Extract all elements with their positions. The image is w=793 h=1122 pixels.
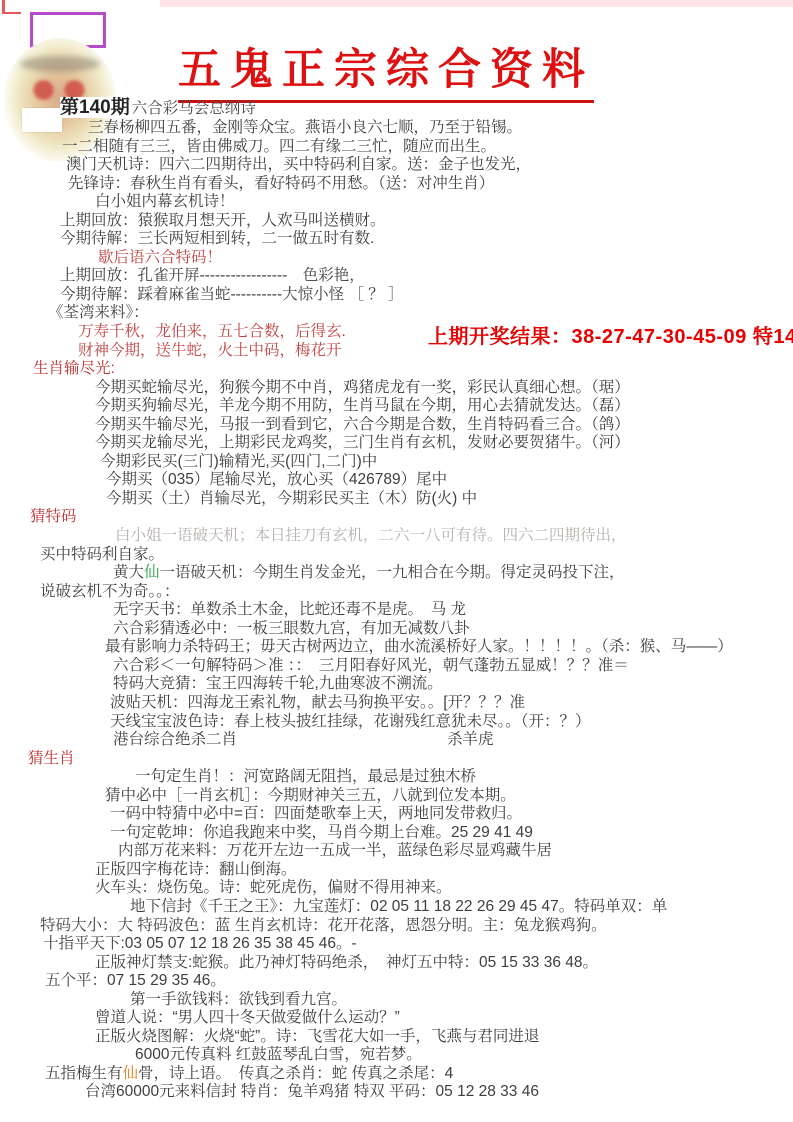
text-line: 十指平天下:03 05 07 12 18 26 35 38 45 46。-	[0, 935, 793, 954]
text-line: 港台综合绝杀二肖杀羊虎	[0, 731, 793, 750]
line-text: 曾道人说：“男人四十冬天做爱做什么运动？”	[95, 1009, 400, 1026]
line-text: 无字天书：单数杀土木金，比蛇还毒不是虎。 马 龙	[113, 601, 466, 618]
text-line: 波贴天机：四海龙王索礼物，献去马狗换平安。。[开？？？准	[0, 694, 793, 713]
text-line: 内部万花来料：万花开左边一五成一半，蓝绿色彩尽显鸡藏牛居	[0, 842, 793, 861]
text-line: 今期买（土）肖输尽光，今期彩民买主（木）防(火) 中	[0, 490, 793, 509]
text-line: 火车头：烧伤兔。诗：蛇死虎伤，偏财不得用神来。	[0, 879, 793, 898]
issue-number: 第140期	[60, 97, 132, 118]
text-line: 今期买龙输尽光，上期彩民龙鸡奖，三门生肖有玄机，发财必要贺猪牛。（河）	[0, 434, 793, 453]
text-line: 今期待解：三长两短相到转，二一做五时有数.	[0, 230, 793, 249]
text-line: 今期买狗输尽光，羊龙今期不用防，生肖马鼠在今期，用心去猜就发达。（磊）	[0, 397, 793, 416]
text-line: 地下信封《千王之王》：九宝莲灯：02 05 11 18 22 26 29 45 …	[0, 898, 793, 917]
line-text: 港台综合绝杀二肖	[113, 731, 237, 748]
line-text: 六合彩猜透必中：一板三眼数九宫，有加无减数八卦	[113, 620, 470, 637]
line-text: 猜生肖	[28, 750, 75, 767]
text-line: 正版火烧图解：火烧“蛇”。诗：飞雪花大如一手，飞燕与君同进退	[0, 1028, 793, 1047]
text-line: 猜特码	[0, 508, 793, 527]
line-text: 一句定乾坤：你追我跑来中奖，马肖今期上台难。25 29 41 49	[110, 824, 533, 841]
line-text: 今期买牛输尽光，马报一到看到它，六合今期是合数，生肖特码看三合。（鸽）	[95, 416, 630, 433]
text-line: 猜中必中［一肖玄机］：今期财神关三五，八就到位发本期。	[0, 787, 793, 806]
text-line: 一码中特猜中必中=百：四面楚歌奉上天，两地同发带救归。	[0, 805, 793, 824]
line-text: 今期待解：三长两短相到转，二一做五时有数.	[60, 230, 374, 247]
text-line: 上期回放：猿猴取月想天开，人欢马叫送横财。	[0, 212, 793, 231]
line-text: 特码大小：大 特码波色：蓝 生肖玄机诗：花开花落，恩怨分明。主：兔龙猴鸡狗。	[40, 917, 607, 934]
text-line: 曾道人说：“男人四十冬天做爱做什么运动？”	[0, 1009, 793, 1028]
text-line: 台湾60000元来料信封 特肖：兔羊鸡猪 特双 平码：05 12 28 33 4…	[0, 1083, 793, 1102]
line-text-rest: 骨，诗上语。 传真之杀肖：蛇 传真之杀尾：4	[138, 1065, 453, 1082]
last-draw-result: 上期开奖结果：38-27-47-30-45-09 特14	[428, 320, 793, 349]
line-text: 正版四字梅花诗：翻山倒海。	[95, 861, 297, 878]
text-line: 澳门天机诗：四六二四期待出，买中特码利自家。送：金子也发光，	[0, 156, 793, 175]
text-line: 六合彩猜透必中：一板三眼数九宫，有加无减数八卦	[0, 620, 793, 639]
line-text: 上期回放：猿猴取月想天开，人欢马叫送横财。	[60, 212, 386, 229]
line-text: 第一手欲钱料：欲钱到看九宫。	[130, 991, 347, 1008]
text-line: 正版四字梅花诗：翻山倒海。	[0, 861, 793, 880]
text-line: 今期彩民买(三门)输精光,买(四门,二门)中	[0, 453, 793, 472]
line-text: 地下信封《千王之王》：九宝莲灯：02 05 11 18 22 26 29 45 …	[130, 898, 667, 915]
text-line: 特码大竞猜：宝王四海转千轮,九曲寒波不溯流。	[0, 675, 793, 694]
line-text: 上期回放：孔雀开屏----------------- 色彩艳，	[60, 267, 365, 284]
line-text: 生肖输尽光:	[33, 360, 115, 377]
line-text: 一二相随有三三，皆由佛威刀。四二有缘二三忙，随应而出生。	[62, 138, 496, 155]
text-line: 正版神灯禁支:蛇猴。此乃神灯特码绝杀， 神灯五中特：05 15 33 36 48…	[0, 954, 793, 973]
text-line: 六合彩＜一句解特码＞准 ：： 三月阳春好风光，朝气蓬勃五显威！？？准＝	[0, 657, 793, 676]
line-text: 6000元传真料 红鼓蓝琴乱白雪，宛若梦。	[135, 1046, 422, 1063]
text-line: 买中特码利自家。	[0, 546, 793, 565]
text-line: 上期回放：孔雀开屏----------------- 色彩艳，	[0, 267, 793, 286]
text-line: 歇后语六合特码！	[0, 249, 793, 268]
text-line: 白小姐一语破天机；本日挂刀有玄机，二六一八可有待。四六二四期待出，	[0, 527, 793, 546]
line-text: 波贴天机：四海龙王索礼物，献去马狗换平安。。[开？？？准	[110, 694, 525, 711]
text-line: 今期买牛输尽光，马报一到看到它，六合今期是合数，生肖特码看三合。（鸽）	[0, 416, 793, 435]
line-text: 正版神灯禁支:蛇猴。此乃神灯特码绝杀， 神灯五中特：05 15 33 36 48…	[95, 954, 598, 971]
line-text: 澳门天机诗：四六二四期待出，买中特码利自家。送：金子也发光，	[66, 156, 531, 173]
text-line: 白小姐内幕玄机诗！	[0, 193, 793, 212]
line-text: 正版火烧图解：火烧“蛇”。诗：飞雪花大如一手，飞燕与君同进退	[95, 1028, 539, 1045]
line-text-rest: 杀羊虎	[447, 731, 494, 748]
line-text: 《荃湾来料》：	[48, 304, 149, 321]
line-text: 今期待解：踩着麻雀当蛇----------大惊小怪 ［ ？ ］	[60, 286, 404, 303]
text-line: 先锋诗：春秋生肖有看头，看好特码不用愁。（送：对冲生肖）	[0, 175, 793, 194]
text-line: 五个平：07 15 29 35 46。	[0, 972, 793, 991]
line-text: 一码中特猜中必中=百：四面楚歌奉上天，两地同发带救归。	[110, 805, 522, 822]
line-text: 今期买狗输尽光，羊龙今期不用防，生肖马鼠在今期，用心去猜就发达。（磊）	[95, 397, 630, 414]
line-text: 白小姐一语破天机；本日挂刀有玄机，二六一八可有待。四六二四期待出，	[115, 527, 627, 544]
line-highlight-char: 仙	[144, 564, 160, 581]
text-line: 说破玄机不为奇。。：	[0, 583, 793, 602]
text-line: 天线宝宝波色诗：春上枝头披红挂绿，花谢残红意犹未尽。。（开：？）	[0, 713, 793, 732]
text-line: 三春杨柳四五番，金刚等众宝。燕语小良六七顺，乃至于铅锡。	[0, 119, 793, 138]
text-line: 今期待解：踩着麻雀当蛇----------大惊小怪 ［ ？ ］	[0, 286, 793, 305]
line-text: 今期买（土）肖输尽光，今期彩民买主（木）防(火) 中	[106, 490, 477, 507]
line-text: 买中特码利自家。	[40, 546, 164, 563]
text-line: 一句定生肖！：河宽路阔无阻挡，最忌是过独木桥	[0, 768, 793, 787]
text-line: 五指梅生有仙骨，诗上语。 传真之杀肖：蛇 传真之杀尾：4	[0, 1065, 793, 1084]
text-lines: 三春杨柳四五番，金刚等众宝。燕语小良六七顺，乃至于铅锡。 一二相随有三三，皆由佛…	[0, 119, 793, 1102]
text-line: 黄大仙一语破天机：今期生肖发金光，一九相合在今期。得定灵码投下注，	[0, 564, 793, 583]
line-text: 今期彩民买(三门)输精光,买(四门,二门)中	[100, 453, 377, 470]
line-text: 天线宝宝波色诗：春上枝头披红挂绿，花谢残红意犹未尽。。（开：？）	[110, 713, 591, 730]
text-line: 生肖输尽光:	[0, 360, 793, 379]
line-text: 歇后语六合特码！	[98, 249, 222, 266]
line-text: 今期买龙输尽光，上期彩民龙鸡奖，三门生肖有玄机，发财必要贺猪牛。（河）	[95, 434, 630, 451]
text-line: 今期买蛇输尽光，狗猴今期不中肖，鸡猪虎龙有一奖，彩民认真细心想。（琚）	[0, 379, 793, 398]
text-line: 无字天书：单数杀土木金，比蛇还毒不是虎。 马 龙	[0, 601, 793, 620]
line-text: 一句定生肖！：河宽路阔无阻挡，最忌是过独木桥	[135, 768, 476, 785]
line-text: 今期买蛇输尽光，狗猴今期不中肖，鸡猪虎龙有一奖，彩民认真细心想。（琚）	[95, 379, 630, 396]
text-line: 最有影响力杀特码王；毋天古树两边立，曲水流溪桥好人家。！！！！。（杀：猴、马——…	[0, 638, 793, 657]
line-text: 五个平：07 15 29 35 46。	[45, 972, 226, 989]
line-text: 三春杨柳四五番，金刚等众宝。燕语小良六七顺，乃至于铅锡。	[88, 119, 522, 136]
document-body: 第140期六合彩马会总纲诗 三春杨柳四五番，金刚等众宝。燕语小良六七顺，乃至于铅…	[0, 97, 793, 1102]
line-text: 台湾60000元来料信封 特肖：兔羊鸡猪 特双 平码：05 12 28 33 4…	[85, 1083, 539, 1100]
line-text: 猜中必中［一肖玄机］：今期财神关三五，八就到位发本期。	[105, 787, 516, 804]
line-text: 先锋诗：春秋生肖有看头，看好特码不用愁。（送：对冲生肖）	[68, 175, 494, 192]
corner-print-fragment	[2, 0, 21, 14]
line-text: 十指平天下:03 05 07 12 18 26 35 38 45 46。-	[43, 935, 357, 952]
line-text-rest: 一语破天机：今期生肖发金光，一九相合在今期。得定灵码投下注，	[160, 564, 625, 581]
line-text: 火车头：烧伤兔。诗：蛇死虎伤，偏财不得用神来。	[95, 879, 452, 896]
line-text: 最有影响力杀特码王；毋天古树两边立，曲水流溪桥好人家。！！！！。（杀：猴、马——…	[105, 638, 733, 655]
portrait-hair	[20, 56, 100, 72]
line-text: 特码大竞猜：宝王四海转千轮,九曲寒波不溯流。	[113, 675, 443, 692]
line-text: 猜特码	[30, 508, 77, 525]
line-text: 白小姐内幕玄机诗！	[95, 193, 235, 210]
line-highlight-char: 仙	[123, 1065, 139, 1082]
issue-subtitle: 六合彩马会总纲诗	[132, 100, 256, 117]
line-text: 五指梅生有	[45, 1065, 123, 1082]
text-line: 6000元传真料 红鼓蓝琴乱白雪，宛若梦。	[0, 1046, 793, 1065]
text-line: 一二相随有三三，皆由佛威刀。四二有缘二三忙，随应而出生。	[0, 138, 793, 157]
line-text: 六合彩＜一句解特码＞准 ：： 三月阳春好风光，朝气蓬勃五显威！？？准＝	[113, 657, 629, 674]
line-text: 今期买（035）尾输尽光，放心买（426789）尾中	[106, 471, 447, 488]
line-text: 说破玄机不为奇。。：	[40, 583, 180, 600]
line-text: 黄大	[113, 564, 144, 581]
line-text: 财神今期，送牛蛇，火土中码，梅花开	[78, 342, 342, 359]
line-text: 万寿千秋，龙伯来，五七合数，后得玄.	[78, 323, 346, 340]
text-line: 今期买（035）尾输尽光，放心买（426789）尾中	[0, 471, 793, 490]
text-line: 猜生肖	[0, 750, 793, 769]
text-line: 一句定乾坤：你追我跑来中奖，马肖今期上台难。25 29 41 49	[0, 824, 793, 843]
line-text: 内部万花来料：万花开左边一五成一半，蓝绿色彩尽显鸡藏牛居	[118, 842, 552, 859]
text-line: 第一手欲钱料：欲钱到看九宫。	[0, 991, 793, 1010]
scan-artifact-streak	[160, 0, 793, 7]
text-line: 特码大小：大 特码波色：蓝 生肖玄机诗：花开花落，恩怨分明。主：兔龙猴鸡狗。	[0, 917, 793, 936]
page-title: 五鬼正宗综合资料	[178, 36, 594, 103]
issue-heading: 第140期六合彩马会总纲诗	[0, 97, 793, 119]
